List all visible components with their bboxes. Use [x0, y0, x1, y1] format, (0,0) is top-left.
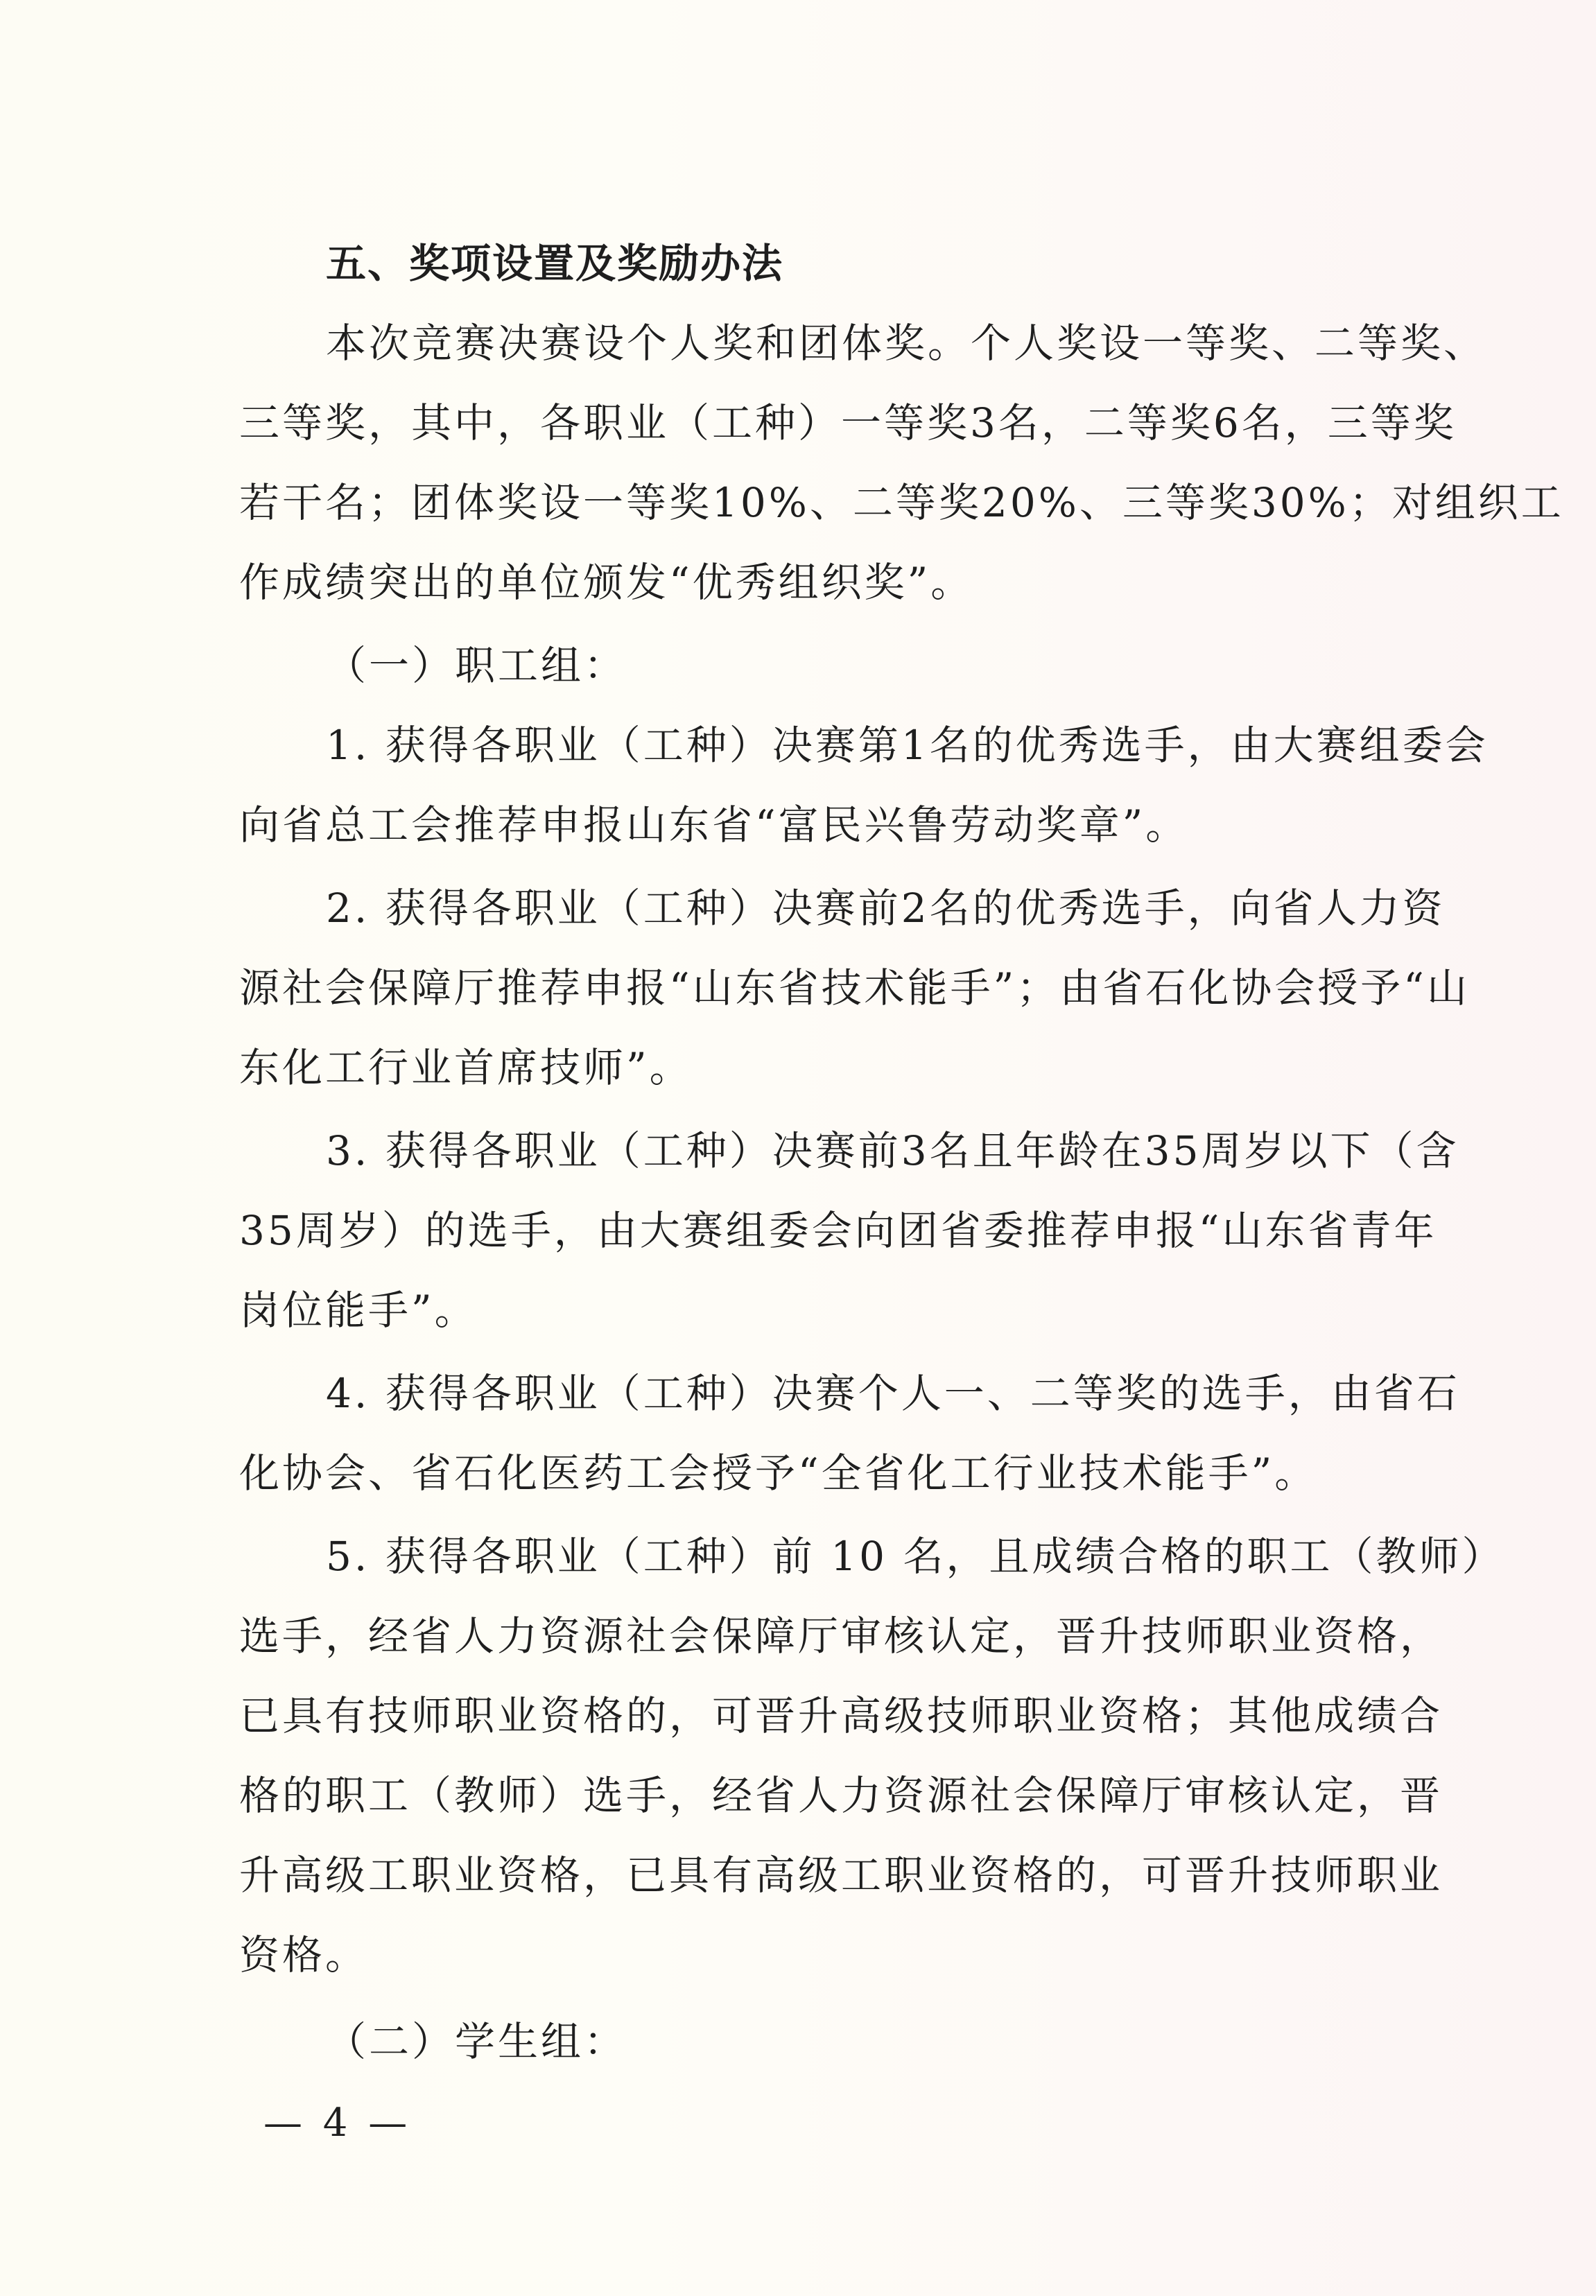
item-2-line: 2. 获得各职业（工种）决赛前2名的优秀选手，向省人力资 [326, 884, 1596, 932]
item-1-line: 向省总工会推荐申报山东省“富民兴鲁劳动奖章”。 [239, 801, 1529, 849]
item-4-line: 4. 获得各职业（工种）决赛个人一、二等奖的选手，由省石 [326, 1369, 1596, 1418]
item-5-line: 已具有技师职业资格的，可晋升高级技师职业资格；其他成绩合 [239, 1691, 1529, 1740]
intro-line: 若干名；团体奖设一等奖10%、二等奖20%、三等奖30%；对组织工 [239, 478, 1529, 527]
page-number: — 4 — [263, 2099, 411, 2148]
item-2-line: 源社会保障厅推荐申报“山东省技术能手”；由省石化协会授予“山 [239, 964, 1529, 1012]
intro-line: 作成绩突出的单位颁发“优秀组织奖”。 [239, 558, 1529, 607]
item-3-line: 3. 获得各职业（工种）决赛前3名且年龄在35周岁以下（含 [326, 1127, 1596, 1175]
intro-line: 三等奖，其中，各职业（工种）一等奖3名，二等奖6名，三等奖 [239, 399, 1529, 447]
item-5-line: 选手，经省人力资源社会保障厅审核认定，晋升技师职业资格， [239, 1612, 1529, 1660]
item-5-line: 格的职工（教师）选手，经省人力资源社会保障厅审核认定，晋 [239, 1771, 1529, 1820]
document-page: 五、奖项设置及奖励办法 本次竞赛决赛设个人奖和团体奖。个人奖设一等奖、二等奖、 … [0, 0, 1596, 2296]
section-heading: 五、奖项设置及奖励办法 [326, 239, 1596, 288]
item-3-line: 岗位能手”。 [239, 1286, 1529, 1334]
item-5-line: 资格。 [239, 1931, 1529, 1979]
item-5-line: 5. 获得各职业（工种）前 10 名，且成绩合格的职工（教师） [326, 1532, 1596, 1581]
subsection-title-staff-group: （一）职工组： [326, 641, 1596, 690]
item-2-line: 东化工行业首席技师”。 [239, 1043, 1529, 1092]
item-3-line: 35周岁）的选手，由大赛组委会向团省委推荐申报“山东省青年 [239, 1206, 1529, 1255]
item-1-line: 1. 获得各职业（工种）决赛第1名的优秀选手，由大赛组委会 [326, 721, 1596, 769]
item-4-line: 化协会、省石化医药工会授予“全省化工行业技术能手”。 [239, 1449, 1529, 1497]
item-5-line: 升高级工职业资格，已具有高级工职业资格的，可晋升技师职业 [239, 1851, 1529, 1899]
intro-line: 本次竞赛决赛设个人奖和团体奖。个人奖设一等奖、二等奖、 [326, 319, 1596, 367]
subsection-title-student-group: （二）学生组： [326, 2017, 1596, 2066]
